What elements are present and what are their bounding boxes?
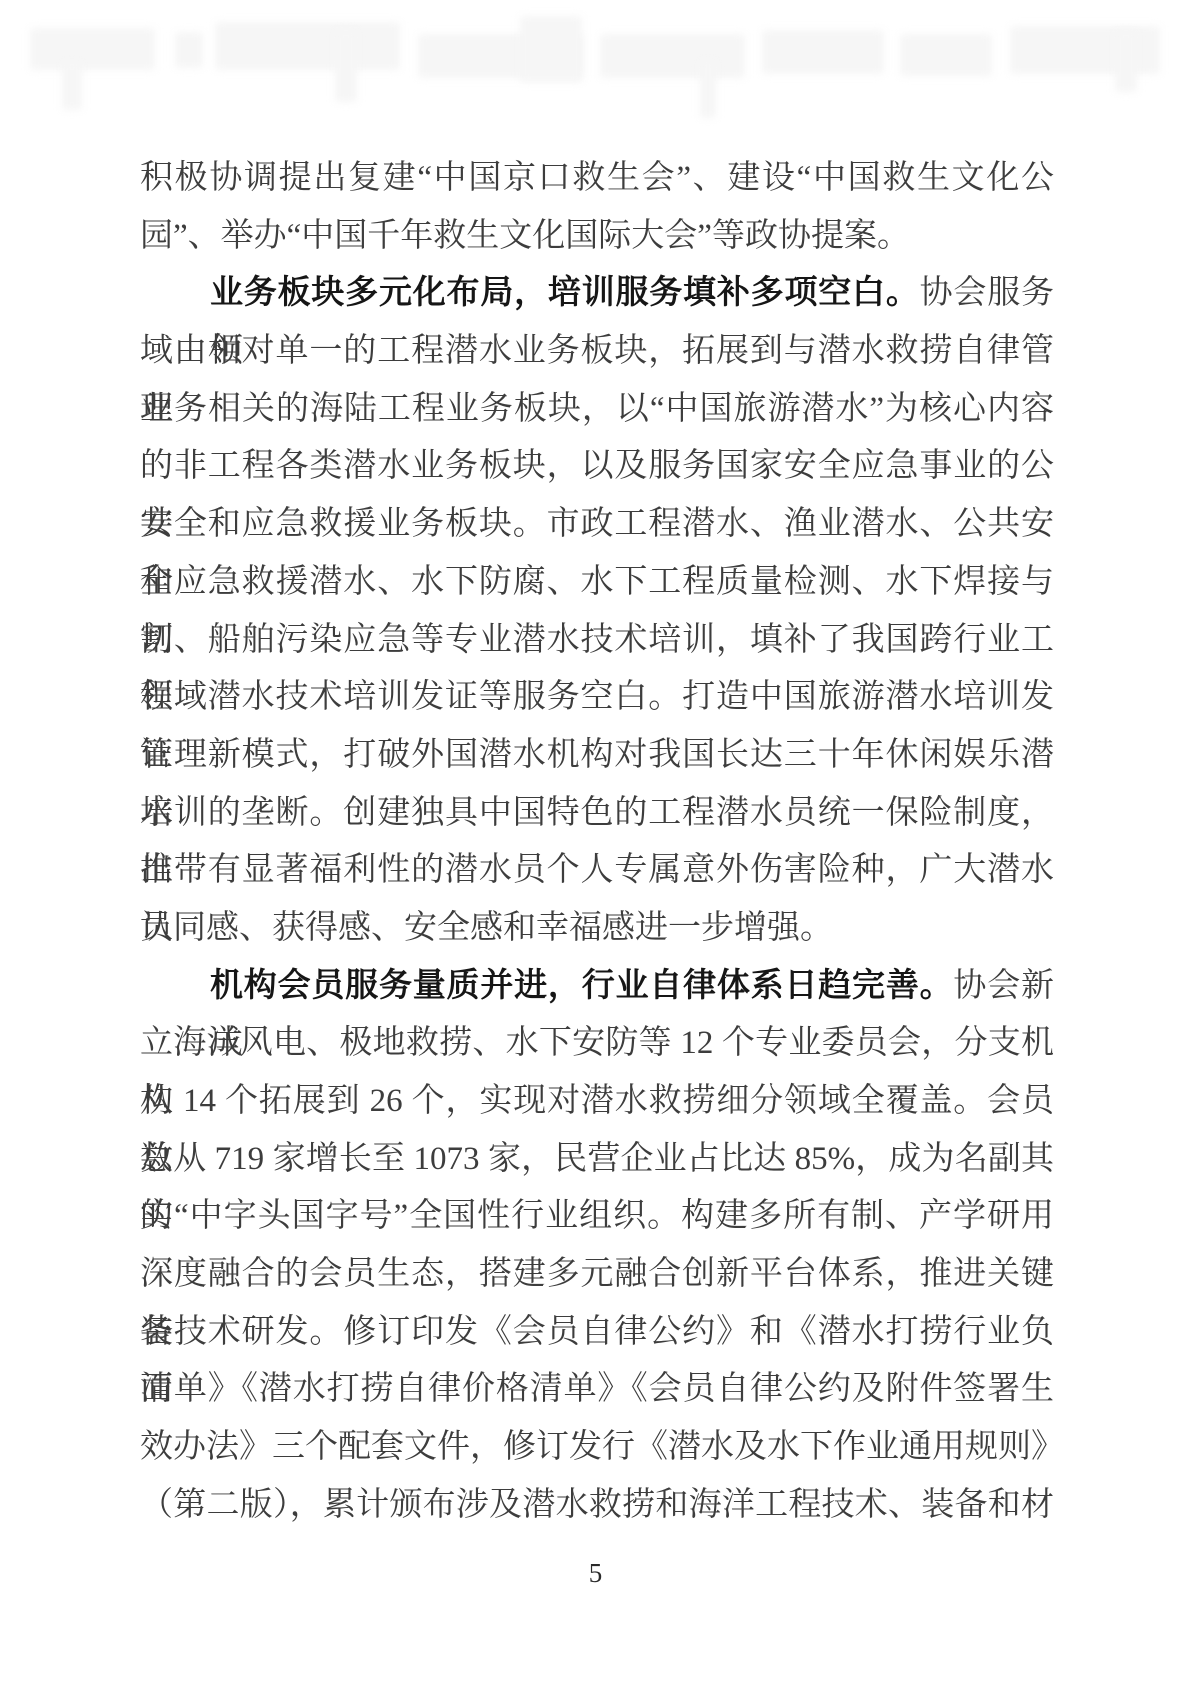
- paragraph-text: 园”、举办“中国千年救生文化国际大会”等政协提案。: [140, 218, 910, 254]
- text-line: 备技术研发。修订印发《会员自律公约》和《潜水打捞行业负面: [140, 1302, 1054, 1360]
- paragraph-text: 认同感、获得感、安全感和幸福感进一步增强。: [140, 910, 833, 946]
- text-line: 的非工程各类潜水业务板块，以及服务国家安全应急事业的公共: [140, 436, 1054, 494]
- paragraph-text: 业务相关的海陆工程业务板块，以“中国旅游潜水”为核心内容: [140, 391, 1054, 427]
- paragraph-text: 清单》《潜水打捞自律价格清单》《会员自律公约及附件签署生: [140, 1371, 1054, 1407]
- paragraph-text: 的“中字头国字号”全国性行业组织。构建多所有制、产学研用: [140, 1198, 1054, 1234]
- text-line: 认同感、获得感、安全感和幸福感进一步增强。: [140, 898, 1054, 956]
- text-line: 和应急救援潜水、水下防腐、水下工程质量检测、水下焊接与切: [140, 552, 1054, 610]
- text-line: 立海洋风电、极地救捞、水下安防等 12 个专业委员会，分支机构: [140, 1013, 1054, 1071]
- text-line: 园”、举办“中国千年救生文化国际大会”等政协提案。: [140, 206, 1054, 264]
- paragraph-lead-bold: 机构会员服务量质并进，行业自律体系日趋完善。: [210, 966, 953, 1003]
- text-line: 数从 719 家增长至 1073 家，民营企业占比达 85%，成为名副其实: [140, 1129, 1054, 1187]
- text-line: 培训的垄断。创建独具中国特色的工程潜水员统一保险制度，推: [140, 783, 1054, 841]
- text-line: 的“中字头国字号”全国性行业组织。构建多所有制、产学研用: [140, 1186, 1054, 1244]
- bleed-through-artifact: [0, 0, 1191, 150]
- text-line: 积极协调提出复建“中国京口救生会”、建设“中国救生文化公: [140, 148, 1054, 206]
- text-line: 效办法》三个配套文件，修订发行《潜水及水下作业通用规则》: [140, 1417, 1054, 1475]
- text-line: 清单》《潜水打捞自律价格清单》《会员自律公约及附件签署生: [140, 1359, 1054, 1417]
- text-line: 业务板块多元化布局，培训服务填补多项空白。协会服务领: [140, 263, 1054, 321]
- document-body: 积极协调提出复建“中国京口救生会”、建设“中国救生文化公 园”、举办“中国千年救…: [140, 148, 1054, 1533]
- document-page: 积极协调提出复建“中国京口救生会”、建设“中国救生文化公 园”、举办“中国千年救…: [0, 0, 1191, 1685]
- text-line: 深度融合的会员生态，搭建多元融合创新平台体系，推进关键装: [140, 1244, 1054, 1302]
- text-line: 机构会员服务量质并进，行业自律体系日趋完善。协会新成: [140, 956, 1054, 1014]
- text-line: 出带有显著福利性的潜水员个人专属意外伤害险种，广大潜水员: [140, 840, 1054, 898]
- text-line: 管理新模式，打破外国潜水机构对我国长达三十年休闲娱乐潜水: [140, 725, 1054, 783]
- text-line: 安全和应急救援业务板块。市政工程潜水、渔业潜水、公共安全: [140, 494, 1054, 552]
- text-line: 领域潜水技术培训发证等服务空白。打造中国旅游潜水培训发证: [140, 667, 1054, 725]
- paragraph-lead-bold: 业务板块多元化布局，培训服务填补多项空白。: [210, 273, 920, 310]
- paragraph-text: 积极协调提出复建“中国京口救生会”、建设“中国救生文化公: [140, 160, 1054, 196]
- text-line: （第二版），累计颁布涉及潜水救捞和海洋工程技术、装备和材: [140, 1475, 1054, 1533]
- text-line: 割、船舶污染应急等专业潜水技术培训，填补了我国跨行业工程: [140, 610, 1054, 668]
- text-line: 业务相关的海陆工程业务板块，以“中国旅游潜水”为核心内容: [140, 379, 1054, 437]
- paragraph-text: （第二版），累计颁布涉及潜水救捞和海洋工程技术、装备和材: [140, 1487, 1054, 1523]
- paragraph-text: 效办法》三个配套文件，修订发行《潜水及水下作业通用规则》: [140, 1429, 1064, 1465]
- page-number: 5: [0, 1558, 1191, 1589]
- text-line: 域由相对单一的工程潜水业务板块，拓展到与潜水救捞自律管理: [140, 321, 1054, 379]
- text-line: 从 14 个拓展到 26 个，实现对潜水救捞细分领域全覆盖。会员总: [140, 1071, 1054, 1129]
